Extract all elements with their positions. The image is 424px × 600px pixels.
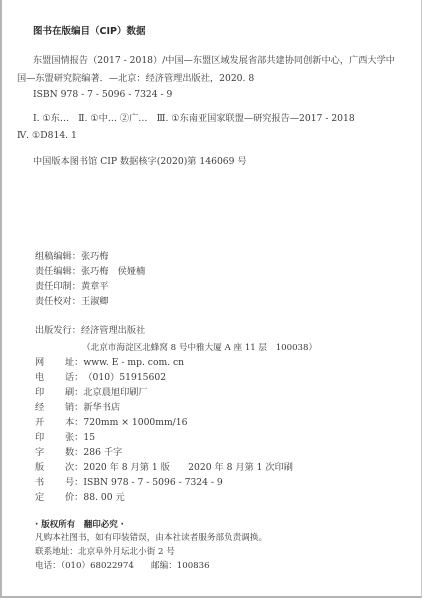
cip-entry-line-2: 国—东盟研究院编著．—北京：经济管理出版社，2020. 8 xyxy=(17,73,254,85)
publisher-address: （北京市海淀区北蜂窝 8 号中雅大厦 A 座 11 层 100038） xyxy=(82,342,317,354)
pub-field-value: ISBN 978 - 7 - 5096 - 7324 - 9 xyxy=(83,477,222,488)
cip-isbn: ISBN 978 - 7 - 5096 - 7324 - 9 xyxy=(33,89,172,101)
contact-phone: 电话：（010）68022974 邮编：100836 xyxy=(35,560,210,572)
pub-field-row: 印张：15 xyxy=(35,432,95,444)
pub-field-label: 经 xyxy=(35,402,65,414)
contact-address: 联系地址：北京阜外月坛北小街 2 号 xyxy=(35,546,175,558)
pub-field-label: 电 xyxy=(35,372,65,384)
pub-field-value: 新华书店 xyxy=(83,402,120,413)
pub-field-row: 版次：2020 年 8 月第 1 版 2020 年 8 月第 1 次印刷 xyxy=(35,462,293,474)
pub-field-label: 印 xyxy=(35,432,65,444)
publisher-name: 经济管理出版社 xyxy=(81,325,145,336)
pub-field-label-suffix: 价： xyxy=(65,492,83,504)
pub-field-label: 定 xyxy=(35,492,65,504)
pub-field-label-suffix: 本： xyxy=(65,417,83,429)
editor-row: 责任校对：王淑卿 xyxy=(35,296,109,308)
pub-field-label-suffix: 次： xyxy=(65,462,83,474)
editor-value: 黄章平 xyxy=(81,281,109,292)
pub-field-label-suffix: 号： xyxy=(65,477,83,489)
cip-entry-line-1: 东盟国情报告（2017 - 2018）/中国—东盟区域发展省部共建协同创新中心，… xyxy=(33,55,395,67)
cip-heading: 图书在版编目（CIP）数据 xyxy=(33,23,145,37)
editor-label: 责任编辑： xyxy=(35,266,81,277)
editor-label: 责任印制： xyxy=(35,281,81,292)
pub-field-value: 286 千字 xyxy=(83,447,122,458)
editor-row: 组稿编辑：张巧梅 xyxy=(35,251,109,263)
editor-value: 张巧梅 xyxy=(81,251,109,262)
pub-field-row: 字数：286 千字 xyxy=(35,447,122,459)
pub-field-row: 电话：（010）51915602 xyxy=(35,372,166,384)
pub-field-value: （010）51915602 xyxy=(83,372,166,383)
pub-field-row: 经销：新华书店 xyxy=(35,402,120,414)
editor-row: 责任印制：黄章平 xyxy=(35,281,109,293)
pub-field-row: 网址：www. E - mp. com. cn xyxy=(35,357,184,369)
pub-field-value: www. E - mp. com. cn xyxy=(83,357,184,368)
editor-label: 组稿编辑： xyxy=(35,251,81,262)
pub-field-row: 书号：ISBN 978 - 7 - 5096 - 7324 - 9 xyxy=(35,477,223,489)
pub-field-label: 网 xyxy=(35,357,65,369)
pub-field-label-suffix: 话： xyxy=(65,372,83,384)
pub-field-label-suffix: 刷： xyxy=(65,387,83,399)
pub-field-label-suffix: 销： xyxy=(65,402,83,414)
pub-field-value: 15 xyxy=(83,432,95,443)
cip-subjects-line-2: Ⅳ. ①D814. 1 xyxy=(17,130,77,142)
pub-field-label-suffix: 数： xyxy=(65,447,83,459)
copyright-page: 图书在版编目（CIP）数据 东盟国情报告（2017 - 2018）/中国—东盟区… xyxy=(0,0,422,598)
pub-field-row: 定价：88. 00 元 xyxy=(35,492,125,504)
editor-row: 责任编辑：张巧梅 侯娅楠 xyxy=(35,266,145,278)
pub-field-label-suffix: 址： xyxy=(65,357,83,369)
pub-field-value: 北京晨旭印刷厂 xyxy=(83,387,147,398)
editor-label: 责任校对： xyxy=(35,296,81,307)
pub-field-label: 书 xyxy=(35,477,65,489)
publisher-label: 出版发行： xyxy=(35,325,81,336)
publisher-row: 出版发行：经济管理出版社 xyxy=(35,325,145,337)
pub-field-row: 印刷：北京晨旭印刷厂 xyxy=(35,387,148,399)
editor-value: 王淑卿 xyxy=(81,296,109,307)
copyright-heading: · 版权所有 翻印必究 · xyxy=(35,518,124,530)
cip-approval-number: 中国版本图书馆 CIP 数据核字(2020)第 146069 号 xyxy=(33,156,247,168)
pub-field-label-suffix: 张： xyxy=(65,432,83,444)
editor-value: 张巧梅 侯娅楠 xyxy=(81,266,145,277)
pub-field-label: 印 xyxy=(35,387,65,399)
pub-field-label: 字 xyxy=(35,447,65,459)
pub-field-value: 720mm × 1000mm/16 xyxy=(83,417,187,428)
pub-field-value: 88. 00 元 xyxy=(83,492,124,503)
pub-field-value: 2020 年 8 月第 1 版 2020 年 8 月第 1 次印刷 xyxy=(83,462,293,473)
copyright-notice: 凡购本社图书，如有印装错误，由本社读者服务部负责调换。 xyxy=(35,532,267,544)
pub-field-row: 开本：720mm × 1000mm/16 xyxy=(35,417,187,429)
pub-field-label: 开 xyxy=(35,417,65,429)
cip-subjects-line-1: Ⅰ. ①东… Ⅱ. ①中… ②广… Ⅲ. ①东南亚国家联盟—研究报告—2017 … xyxy=(33,113,355,125)
pub-field-label: 版 xyxy=(35,462,65,474)
